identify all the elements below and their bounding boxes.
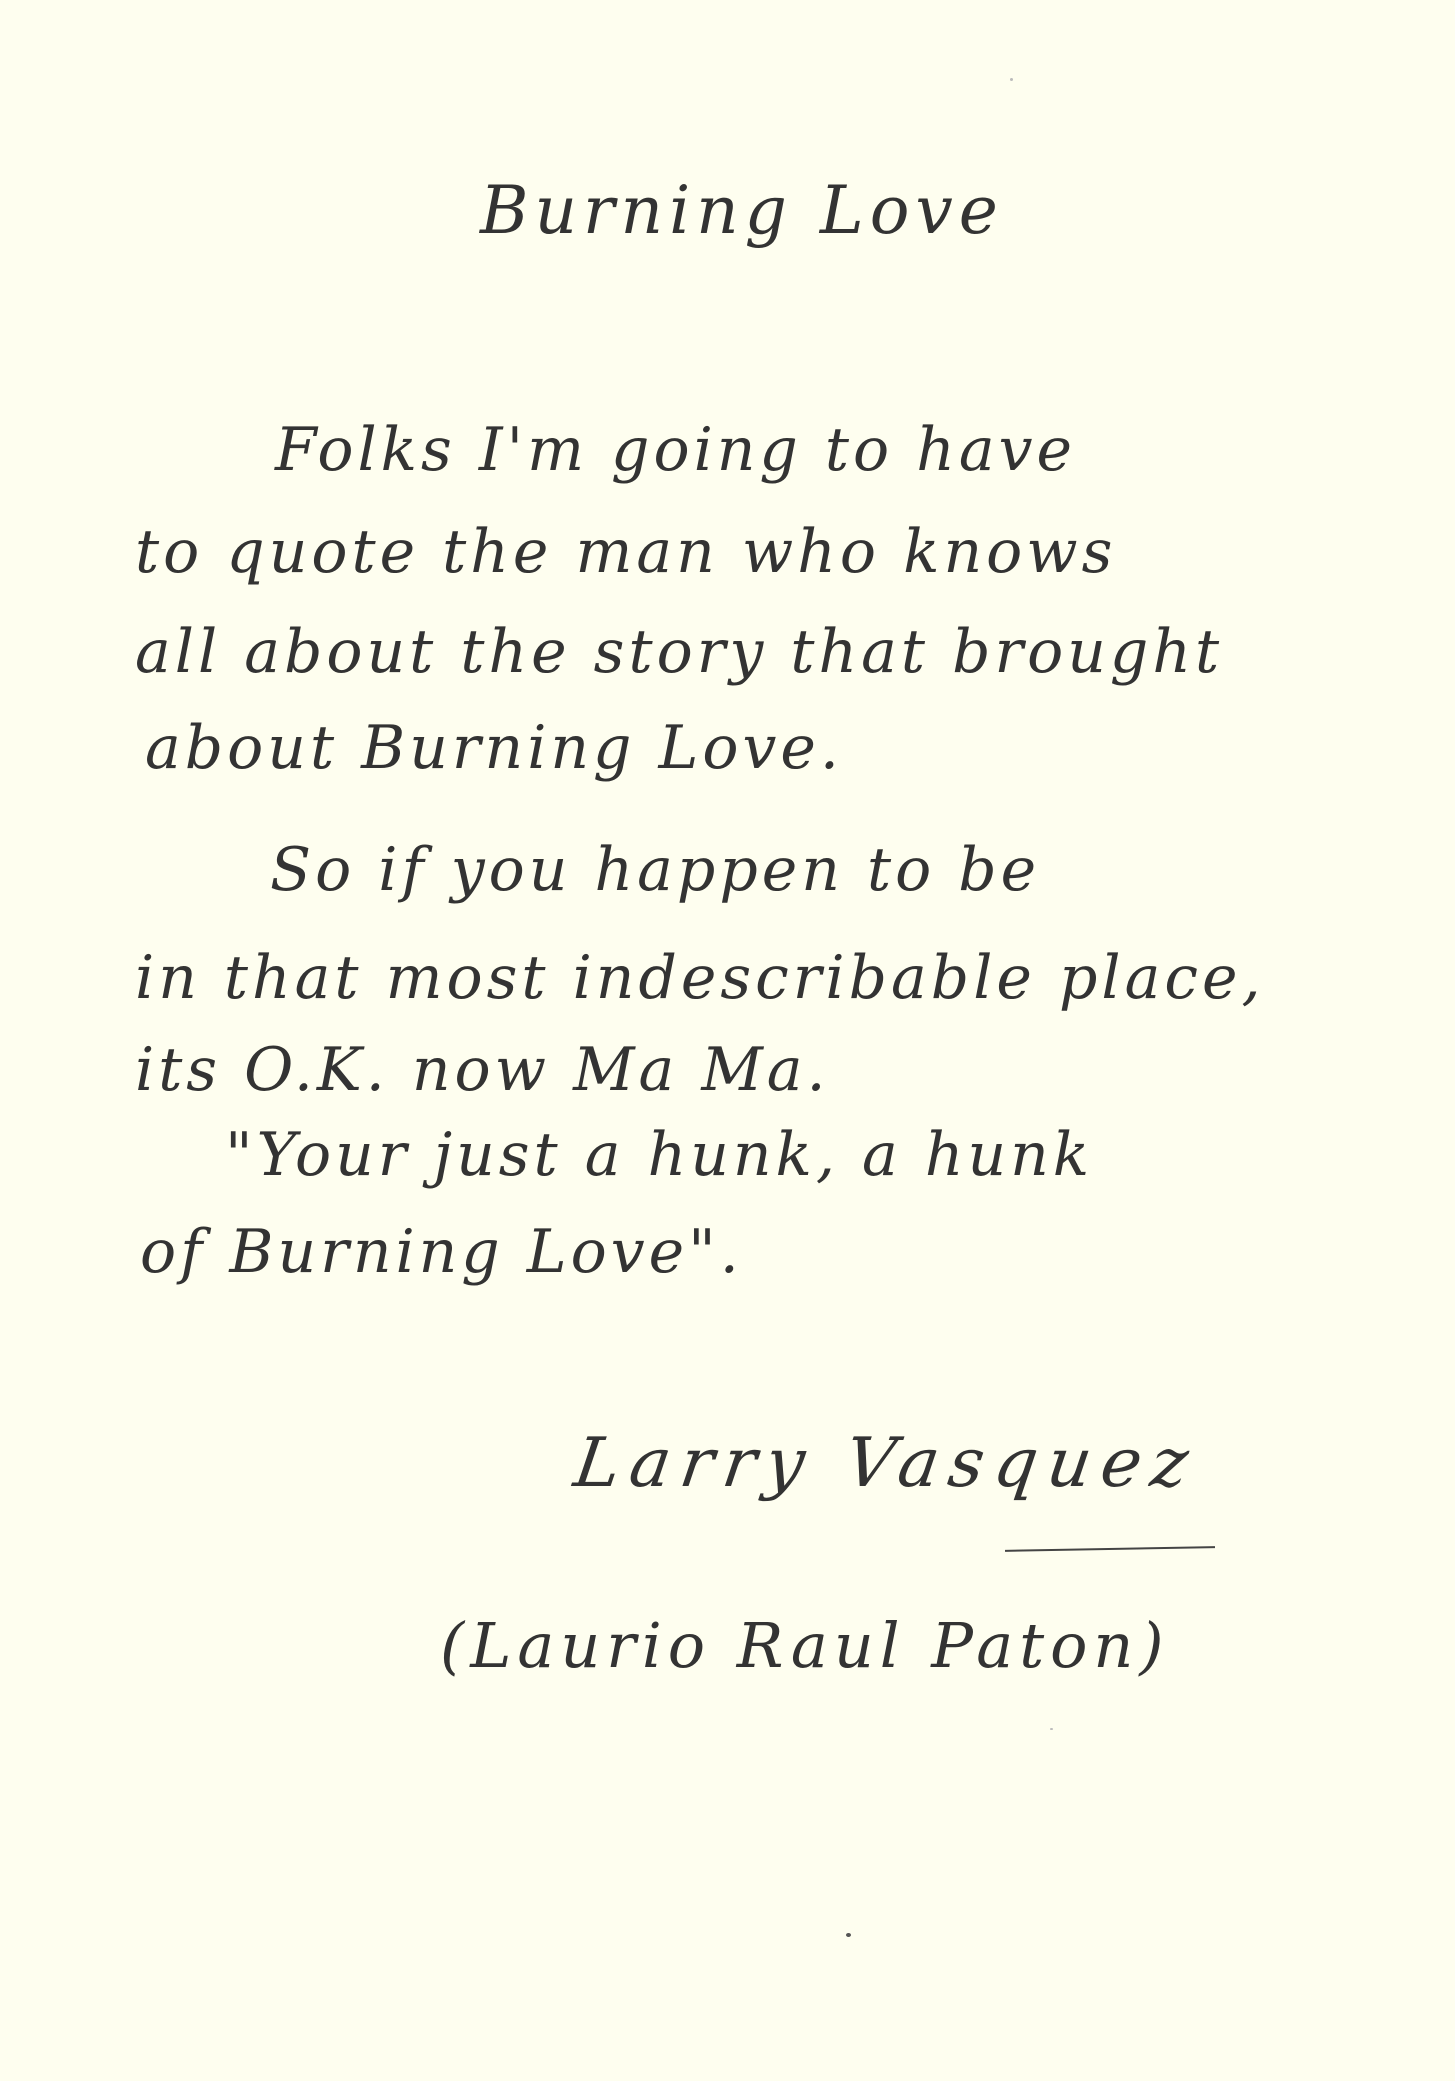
letter-line-3: all about the story that brought — [135, 622, 1223, 682]
handwritten-letter-page: Burning Love Folks I'm going to have to … — [0, 0, 1455, 2081]
letter-line-6: in that most indescribable place, — [135, 948, 1265, 1008]
letter-line-2: to quote the man who knows — [135, 522, 1116, 582]
letter-line-4: about Burning Love. — [145, 718, 843, 778]
letter-line-1: Folks I'm going to have — [275, 420, 1076, 480]
letter-line-5: So if you happen to be — [270, 840, 1040, 900]
signature: Larry Vasquez — [570, 1430, 1202, 1498]
signature-real-name: (Laurio Raul Paton) — [440, 1615, 1170, 1677]
signature-flourish — [1005, 1546, 1215, 1552]
paper-speck — [1010, 78, 1013, 81]
paper-speck — [1050, 1728, 1053, 1730]
letter-quote-line-2: of Burning Love". — [140, 1222, 743, 1282]
letter-title: Burning Love — [480, 178, 1004, 244]
letter-line-7: its O.K. now Ma Ma. — [135, 1040, 830, 1100]
paper-speck — [846, 1933, 851, 1937]
letter-quote-line-1: "Your just a hunk, a hunk — [225, 1125, 1093, 1185]
